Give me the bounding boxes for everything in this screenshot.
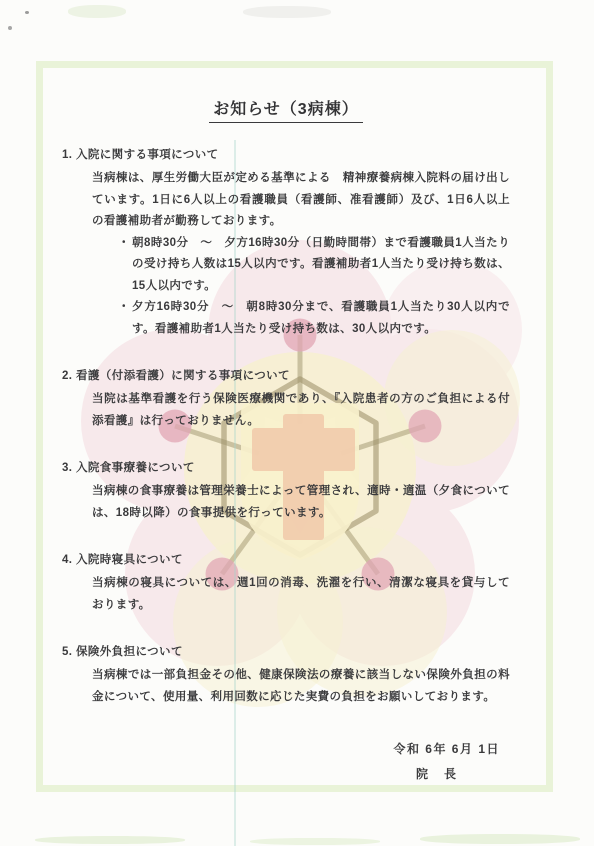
bullet-list: ・ 朝8時30分 ～ 夕方16時30分（日勤時間帯）まで看護職員1人当たりの受け… [118, 233, 510, 341]
section-heading: 2. 看護（付添看護）に関する事項について [62, 366, 510, 386]
bullet-item: ・ 夕方16時30分 ～ 朝8時30分まで、看護職員1人当たり30人以内です。看… [118, 297, 510, 340]
section-heading: 3. 入院食事療養について [62, 458, 510, 478]
scan-smudge [250, 838, 380, 845]
scan-smudge [68, 5, 126, 18]
document-footer: 令和 6年 6月 1日 院 長 [62, 740, 510, 782]
scan-smudge [420, 834, 580, 844]
section-body: 当病棟の食事療養は管理栄養士によって管理され、適時・適温（夕食については、18時… [92, 481, 510, 524]
section-heading: 1. 入院に関する事項について [62, 145, 510, 165]
section-admission: 1. 入院に関する事項について 当病棟は、厚生労働大臣が定める基準による 精神療… [62, 145, 510, 340]
section-noninsured-charges: 5. 保険外負担について 当病棟では一部負担金その他、健康保険法の療養に該当しな… [62, 642, 510, 708]
section-body: 当病棟は、厚生労働大臣が定める基準による 精神療養病棟入院料の届け出しています。… [92, 168, 510, 233]
title-row: お知らせ（3病棟） [62, 96, 510, 123]
bullet-text: 朝8時30分 ～ 夕方16時30分（日勤時間帯）まで看護職員1人当たりの受け持ち… [132, 233, 510, 298]
section-meals: 3. 入院食事療養について 当病棟の食事療養は管理栄養士によって管理され、適時・… [62, 458, 510, 524]
section-body: 当病棟では一部負担金その他、健康保険法の療養に該当しない保険外負担の料金について… [92, 665, 510, 708]
scan-speck [8, 26, 12, 30]
section-heading: 4. 入院時寝具について [62, 550, 510, 570]
scan-smudge [243, 6, 331, 18]
scan-speck [25, 11, 29, 14]
signature-director: 院 長 [62, 765, 510, 782]
bullet-marker: ・ [118, 297, 132, 319]
bullet-text: 夕方16時30分 ～ 朝8時30分まで、看護職員1人当たり30人以内です。看護補… [132, 297, 510, 340]
section-bedding: 4. 入院時寝具について 当病棟の寝具については、週1回の消毒、洗濯を行い、清潔… [62, 550, 510, 616]
document-content: お知らせ（3病棟） 1. 入院に関する事項について 当病棟は、厚生労働大臣が定め… [62, 96, 510, 782]
section-body: 当病棟の寝具については、週1回の消毒、洗濯を行い、清潔な寝具を貸与しております。 [92, 573, 510, 616]
section-nursing: 2. 看護（付添看護）に関する事項について 当院は基準看護を行う保険医療機関であ… [62, 366, 510, 432]
issue-date: 令和 6年 6月 1日 [62, 740, 510, 757]
section-heading: 5. 保険外負担について [62, 642, 510, 662]
section-body: 当院は基準看護を行う保険医療機関であり、『入院患者の方のご負担による付添看護』は… [92, 389, 510, 432]
bullet-item: ・ 朝8時30分 ～ 夕方16時30分（日勤時間帯）まで看護職員1人当たりの受け… [118, 233, 510, 298]
bullet-marker: ・ [118, 233, 132, 255]
page-title: お知らせ（3病棟） [209, 96, 362, 123]
document-page: お知らせ（3病棟） 1. 入院に関する事項について 当病棟は、厚生労働大臣が定め… [0, 0, 594, 846]
scan-smudge [35, 836, 185, 844]
